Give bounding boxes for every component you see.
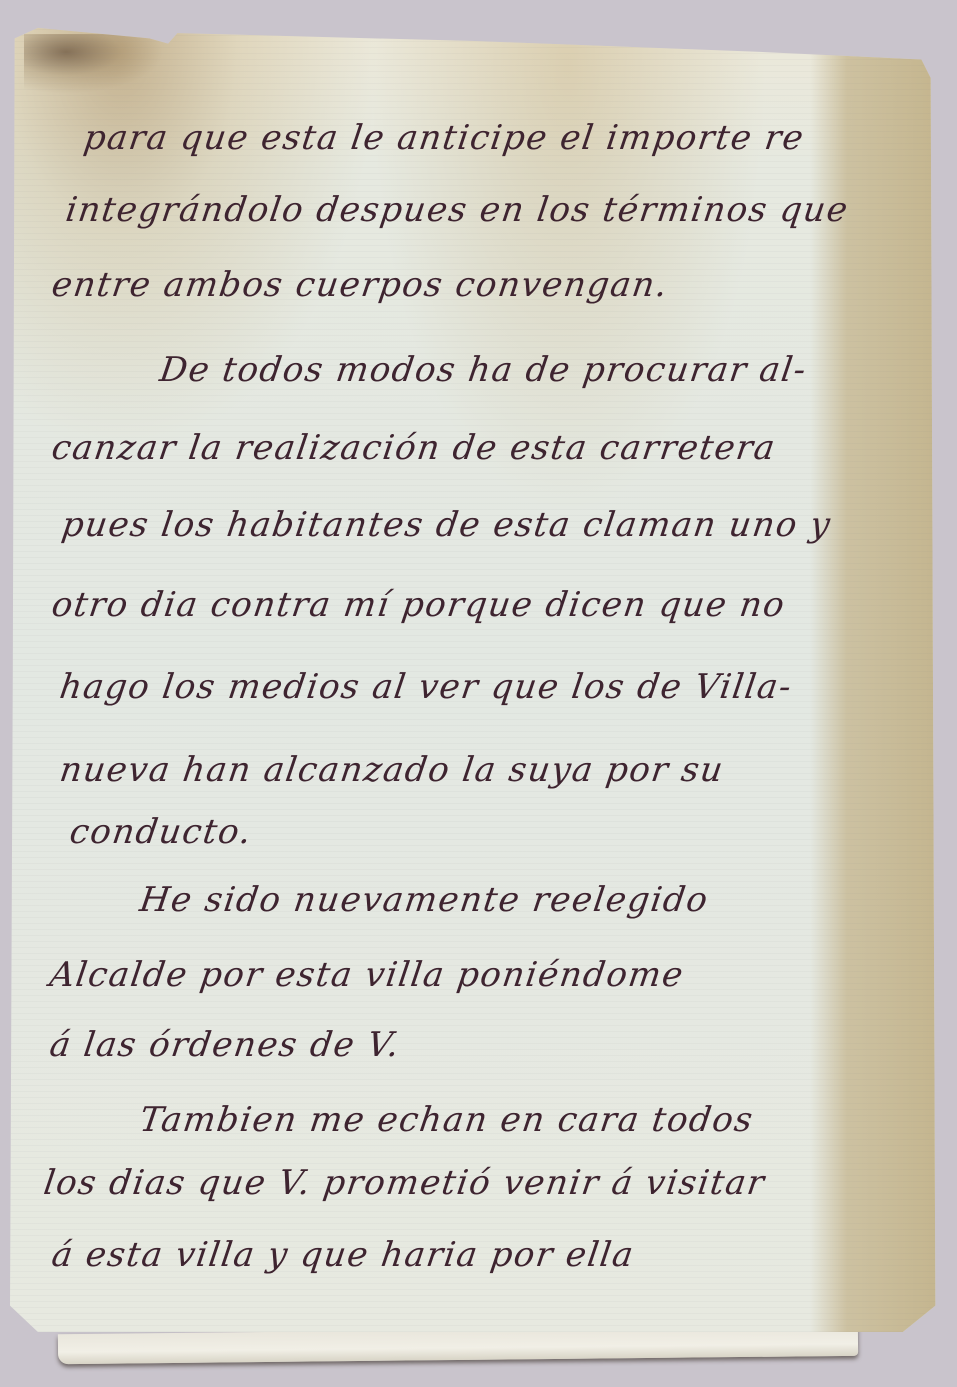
letter-line: entre ambos cuerpos convengan. [49,265,671,305]
letter-line: integrándolo despues en los términos que [63,190,851,230]
letter-line: canzar la realización de esta carretera [49,428,778,468]
letter-line: los dias que V. prometió venir á visitar [41,1163,768,1203]
letter-line: Tambien me echan en cara todos [137,1100,756,1140]
letter-line: Alcalde por esta villa poniéndome [47,955,687,995]
letter-line: nueva han alcanzado la suya por su [57,750,727,790]
letter-line: pues los habitantes de esta claman uno y [59,505,834,545]
letter-line: para que esta le anticipe el importe re [81,118,807,158]
letter-line: conducto. [67,812,255,852]
letter-text: para que esta le anticipe el importe re … [0,0,957,1387]
letter-line: otro dia contra mí porque dicen que no [49,585,788,625]
letter-line: á esta villa y que haria por ella [49,1235,637,1275]
letter-line: á las órdenes de V. [47,1025,403,1065]
letter-line: He sido nuevamente reelegido [137,880,711,920]
letter-line: hago los medios al ver que los de Villa- [57,667,795,707]
letter-line: De todos modos ha de procurar al- [157,350,809,390]
